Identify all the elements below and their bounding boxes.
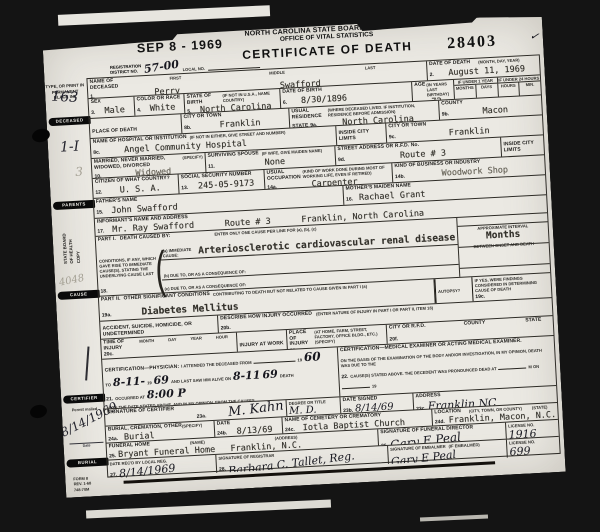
date-underline: Date (69, 442, 103, 449)
pen-check-mark: ✓ (529, 29, 541, 44)
field-sex: SEX 3. Male (88, 97, 135, 118)
field-injury-at-work: INJURY AT WORK (SPECIFY YES OR NO) 20d. (237, 330, 288, 352)
time-of-death-value: 8:00 P (146, 386, 186, 401)
tab-cause: CAUSE (58, 290, 100, 300)
scan-sliver-bottom-right (420, 514, 488, 521)
certificate-form: NAME OF DECEASED FIRST MIDDLE LAST 1. Pe… (86, 54, 560, 477)
part1-conditions-note: CONDITIONS, IF ANY, WHICH GAVE RISE TO I… (96, 241, 163, 296)
form-print-number: FORM 8 REV. 1-68 748-70M (73, 475, 91, 492)
interval-value: Months (486, 228, 521, 241)
field-embalmer-license: LICENSE NO. 699 (507, 437, 560, 458)
certificate-number: 28403 (447, 33, 498, 54)
attended-to-date: 8-11- (113, 374, 146, 389)
field-hospital-inside-city: INSIDE CITY LIMITS (SPECIFY YES OR NO) 8… (336, 124, 387, 146)
pen-stroke (85, 346, 89, 380)
copy-designation: STATE BOARD OF HEALTH COPY (61, 233, 81, 264)
field-director-license: LICENSE NO. 1916 (506, 420, 559, 439)
field-race: COLOR OR RACE 4. White (134, 94, 185, 116)
tab-burial: BURIAL (66, 458, 108, 468)
margin-note-163: 163 (51, 89, 79, 106)
field-degree-title: DEGREE OR TITLE M. D. (287, 397, 342, 416)
embalmer-license-value: 699 (509, 443, 558, 458)
field-autopsy-findings: IF YES, WERE FINDINGS CONSIDERED IN DETE… (472, 273, 551, 301)
death-certificate-paper: SEP 8 - 1969 NORTH CAROLINA STATE BOARD … (42, 14, 565, 498)
field-street-inside-city: INSIDE CITY LIMITS (SPECIFY YES OR NO) 9… (501, 135, 544, 156)
tab-certifier: CERTIFIER (63, 394, 105, 404)
scanned-death-certificate: { "scan": { "stamp_date": "SEP 8 - 1969"… (0, 0, 600, 532)
tab-deceased: DECEASED (48, 116, 90, 126)
part1-interval-column: APPROXIMATE INTERVAL BETWEEN ONSET AND D… (457, 213, 550, 277)
field-age: AGE (IN YEARS LAST BIRTHDAY) 7. 72 (412, 80, 455, 101)
hole-punch-bottom (29, 403, 49, 420)
last-seen-date: 8-11 (233, 368, 261, 382)
received-date-stamp: SEP 8 - 1969 (137, 37, 224, 55)
scan-sliver-bottom (86, 499, 331, 518)
field-autopsy: AUTOPSY? (YES OR NO) 19b. No (434, 277, 473, 303)
attended-from-year: 60 (304, 349, 321, 364)
margin-note-pencil: 4048 (58, 273, 85, 289)
scan-sliver-top (58, 5, 270, 26)
tab-parents: PARENTS (53, 200, 95, 210)
margin-note-1i: 1-I (60, 139, 80, 156)
margin-note-3: 3 (75, 164, 83, 178)
